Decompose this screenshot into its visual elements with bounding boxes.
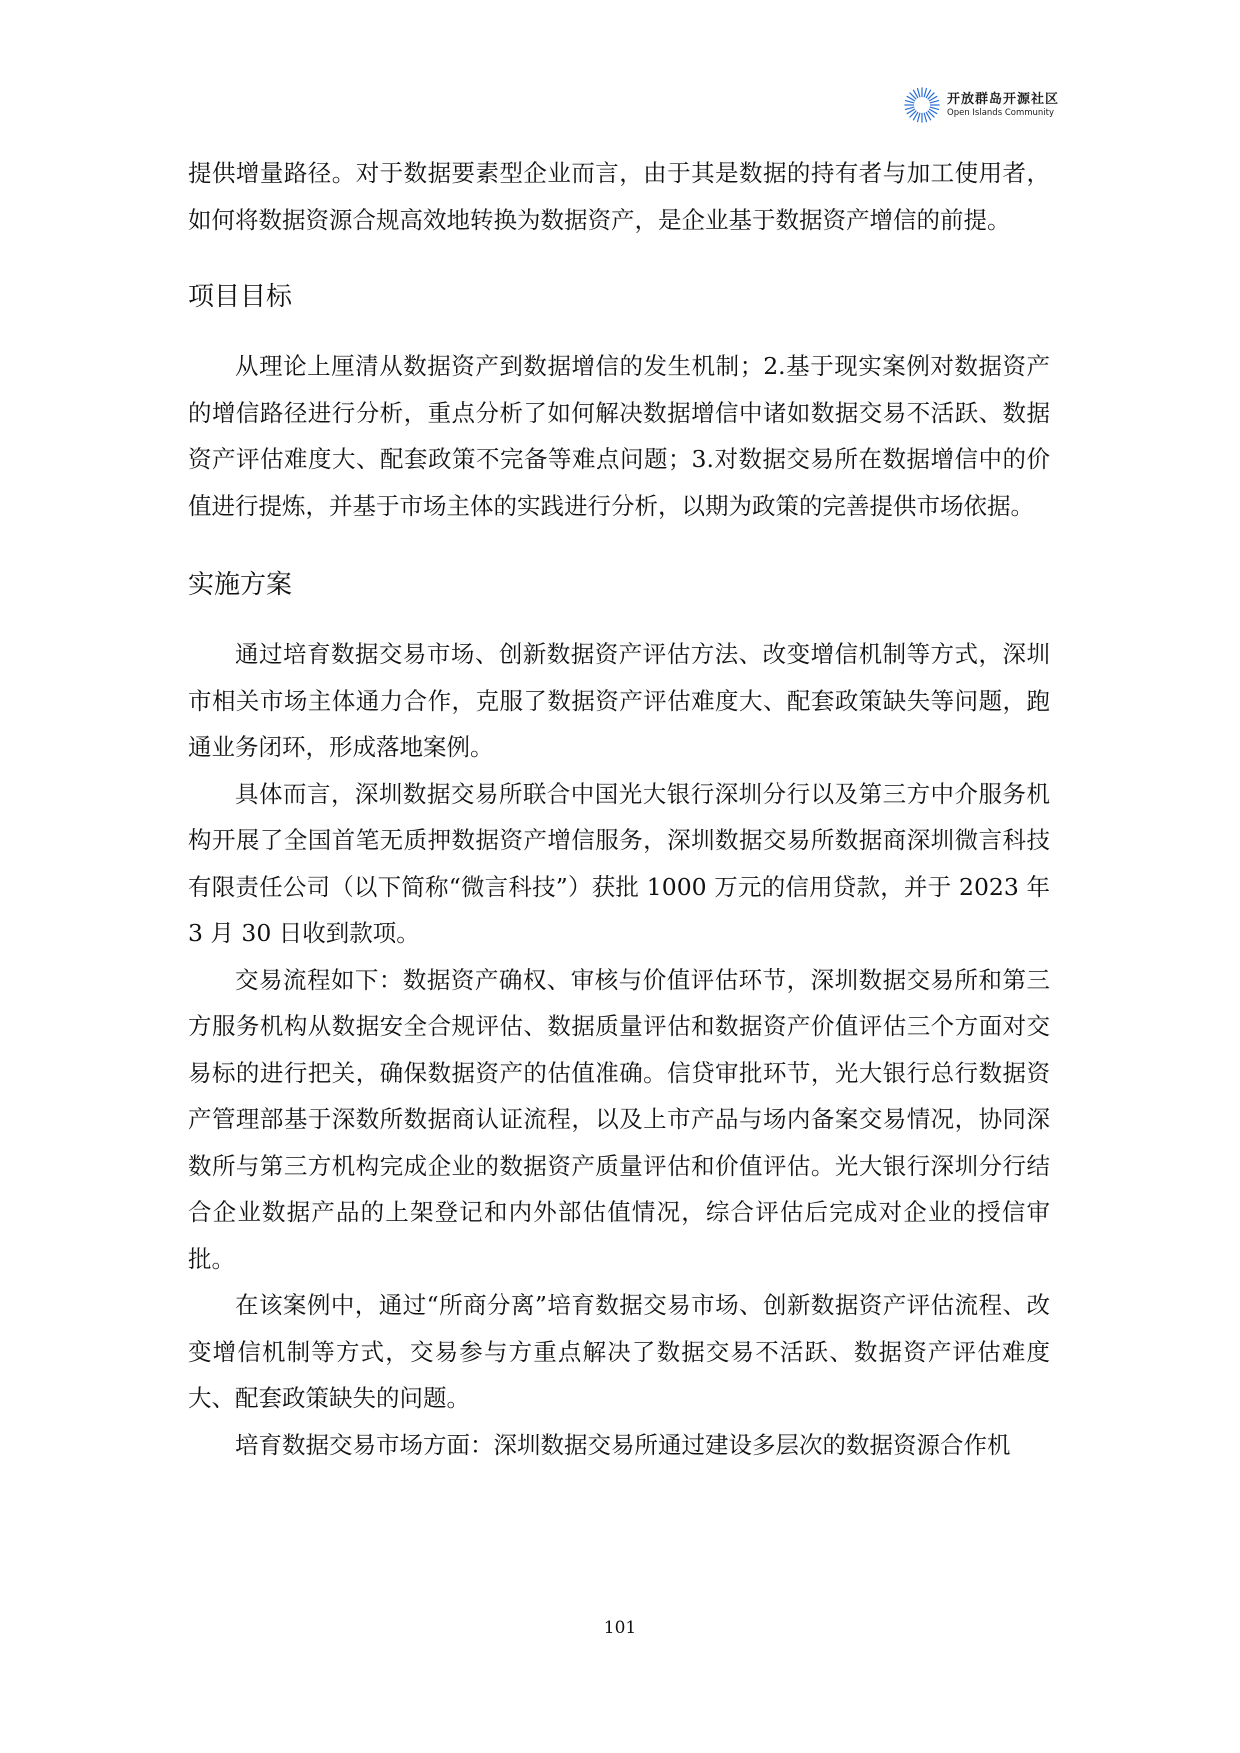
plan-paragraph-specifics: 具体而言，深圳数据交易所联合中国光大银行深圳分行以及第三方中介服务机构开展了全国… bbox=[188, 771, 1050, 957]
document-body: 提供增量路径。对于数据要素型企业而言，由于其是数据的持有者与加工使用者，如何将数… bbox=[188, 150, 1050, 1468]
radial-sunburst-logo-icon bbox=[903, 86, 941, 124]
intro-paragraph: 提供增量路径。对于数据要素型企业而言，由于其是数据的持有者与加工使用者，如何将数… bbox=[188, 150, 1050, 243]
section-heading-implementation-plan: 实施方案 bbox=[188, 565, 1050, 605]
page-number: 101 bbox=[0, 1618, 1240, 1638]
logo-title-en: Open Islands Community bbox=[947, 109, 1059, 118]
section-heading-project-goals: 项目目标 bbox=[188, 277, 1050, 317]
goals-paragraph: 从理论上厘清从数据资产到数据增信的发生机制；2.基于现实案例对数据资产的增信路径… bbox=[188, 343, 1050, 529]
plan-paragraph-overview: 通过培育数据交易市场、创新数据资产评估方法、改变增信机制等方式，深圳市相关市场主… bbox=[188, 631, 1050, 771]
plan-paragraph-case-summary: 在该案例中，通过“所商分离”培育数据交易市场、创新数据资产评估流程、改变增信机制… bbox=[188, 1282, 1050, 1422]
logo-title-cn: 开放群岛开源社区 bbox=[947, 93, 1059, 106]
logo-text: 开放群岛开源社区 Open Islands Community bbox=[947, 93, 1059, 118]
header-logo: 开放群岛开源社区 Open Islands Community bbox=[903, 86, 1059, 124]
plan-paragraph-market-cultivation: 培育数据交易市场方面：深圳数据交易所通过建设多层次的数据资源合作机 bbox=[188, 1422, 1050, 1469]
plan-paragraph-transaction-flow: 交易流程如下：数据资产确权、审核与价值评估环节，深圳数据交易所和第三方服务机构从… bbox=[188, 957, 1050, 1283]
